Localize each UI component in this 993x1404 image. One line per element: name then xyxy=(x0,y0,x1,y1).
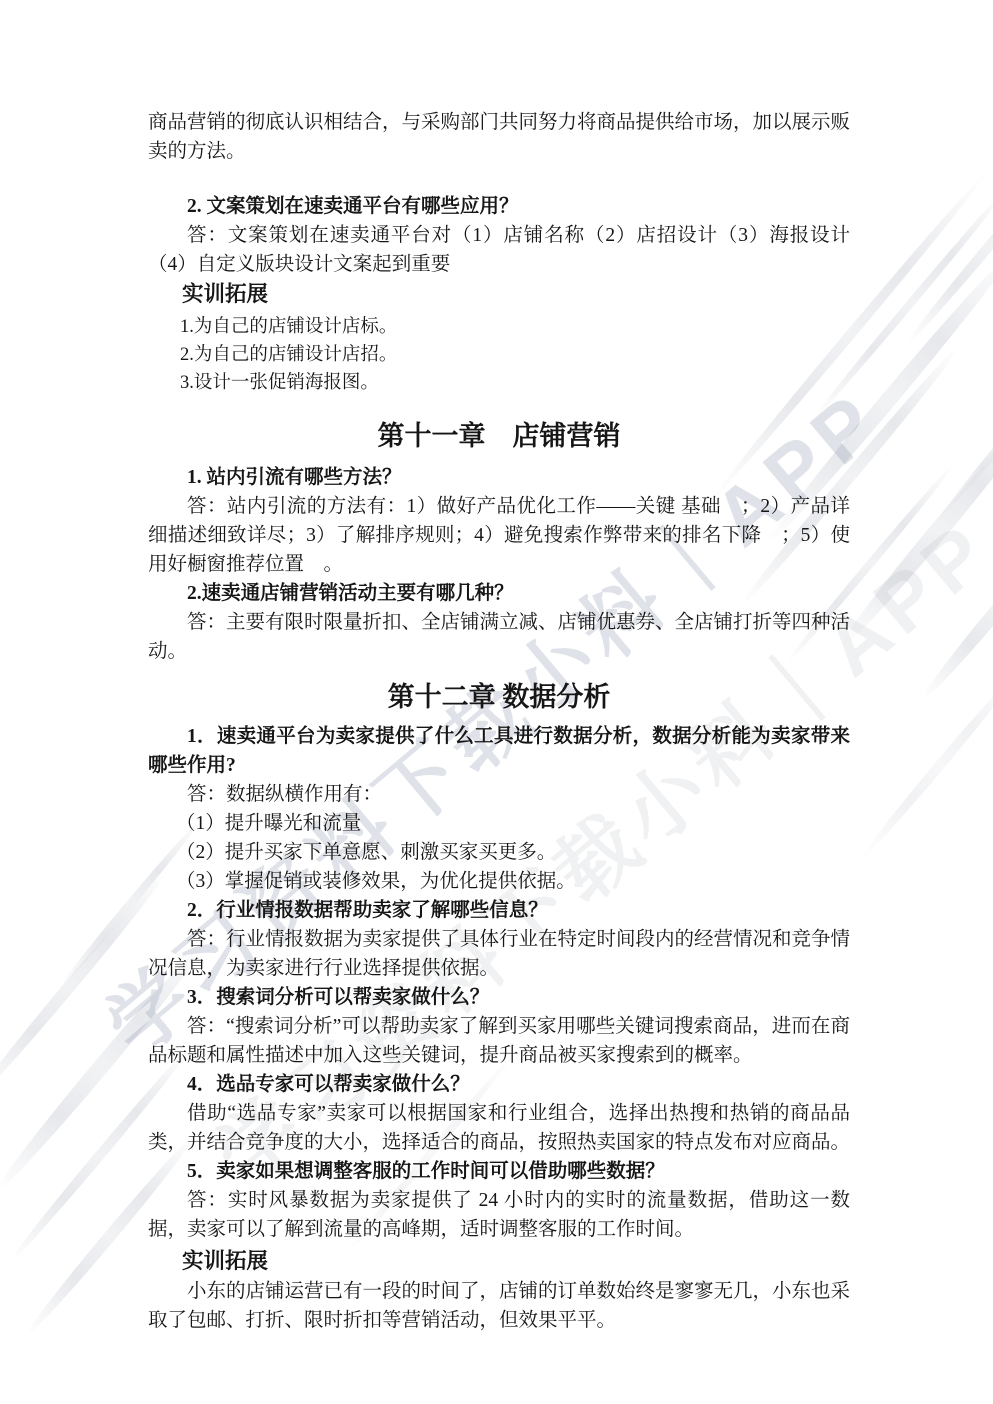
chapter-heading: 第十二章 数据分析 xyxy=(148,676,850,718)
answer-paragraph: 答：实时风暴数据为卖家提供了 24 小时内的实时的流量数据，借助这一数据，卖家可… xyxy=(148,1186,850,1244)
question-item: 3．搜索词分析可以帮卖家做什么？ xyxy=(148,983,850,1012)
practice-list-item: 2.为自己的店铺设计店招。 xyxy=(180,341,850,369)
chapter-heading: 第十一章 店铺营销 xyxy=(148,415,850,457)
answer-paragraph: 答：数据纵横作用有： xyxy=(148,780,850,809)
question-item: 1. 站内引流有哪些方法？ xyxy=(148,463,850,492)
answer-paragraph: 答：行业情报数据为卖家提供了具体行业在特定时间段内的经营情况和竞争情况信息，为卖… xyxy=(148,925,850,983)
answer-paragraph: 答：站内引流的方法有：1）做好产品优化工作——关键 基础 ；2）产品详细描述细致… xyxy=(148,492,850,579)
answer-list-item: （2）提升买家下单意愿、刺激买家买更多。 xyxy=(176,838,850,867)
question-item: 5．卖家如果想调整客服的工作时间可以借助哪些数据？ xyxy=(148,1157,850,1186)
question-item: 1．速卖通平台为卖家提供了什么工具进行数据分析，数据分析能为卖家带来哪些作用? xyxy=(148,722,850,780)
section-heading: 实训拓展 xyxy=(182,279,850,310)
body-paragraph: 商品营销的彻底认识相结合，与采购部门共同努力将商品提供给市场，加以展示贩卖的方法… xyxy=(148,108,850,166)
document-page: 学习资料下载小料｜APP 学习资料下载小料｜APP 商品营销的彻底认识相结合，与… xyxy=(0,0,993,1404)
question-item: 2.速卖通店铺营销活动主要有哪几种？ xyxy=(148,579,850,608)
answer-list-item: （1）提升曝光和流量 xyxy=(176,809,850,838)
section-heading: 实训拓展 xyxy=(182,1246,850,1277)
answer-paragraph: 答：“搜索词分析”可以帮助卖家了解到买家用哪些关键词搜索商品，进而在商品标题和属… xyxy=(148,1012,850,1070)
practice-list-item: 3.设计一张促销海报图。 xyxy=(180,369,850,397)
question-item: 4．选品专家可以帮卖家做什么？ xyxy=(148,1070,850,1099)
answer-paragraph: 借助“选品专家”卖家可以根据国家和行业组合，选择出热搜和热销的商品品类，并结合竞… xyxy=(148,1099,850,1157)
answer-paragraph: 答：主要有限时限量折扣、全店铺满立减、店铺优惠券、全店铺打折等四种活动。 xyxy=(148,608,850,666)
question-item: 2．行业情报数据帮助卖家了解哪些信息？ xyxy=(148,896,850,925)
document-content: 商品营销的彻底认识相结合，与采购部门共同努力将商品提供给市场，加以展示贩卖的方法… xyxy=(148,108,850,1335)
answer-list-item: （3）掌握促销或装修效果，为优化提供依据。 xyxy=(176,867,850,896)
answer-paragraph: 小东的店铺运营已有一段的时间了，店铺的订单数始终是寥寥无几，小东也采取了包邮、打… xyxy=(148,1277,850,1335)
streak-texture xyxy=(859,670,993,860)
practice-list-item: 1.为自己的店铺设计店标。 xyxy=(180,313,850,341)
question-item: 2. 文案策划在速卖通平台有哪些应用？ xyxy=(148,192,850,221)
answer-paragraph: 答：文案策划在速卖通平台对（1）店铺名称（2）店招设计（3）海报设计（4）自定义… xyxy=(148,221,850,279)
